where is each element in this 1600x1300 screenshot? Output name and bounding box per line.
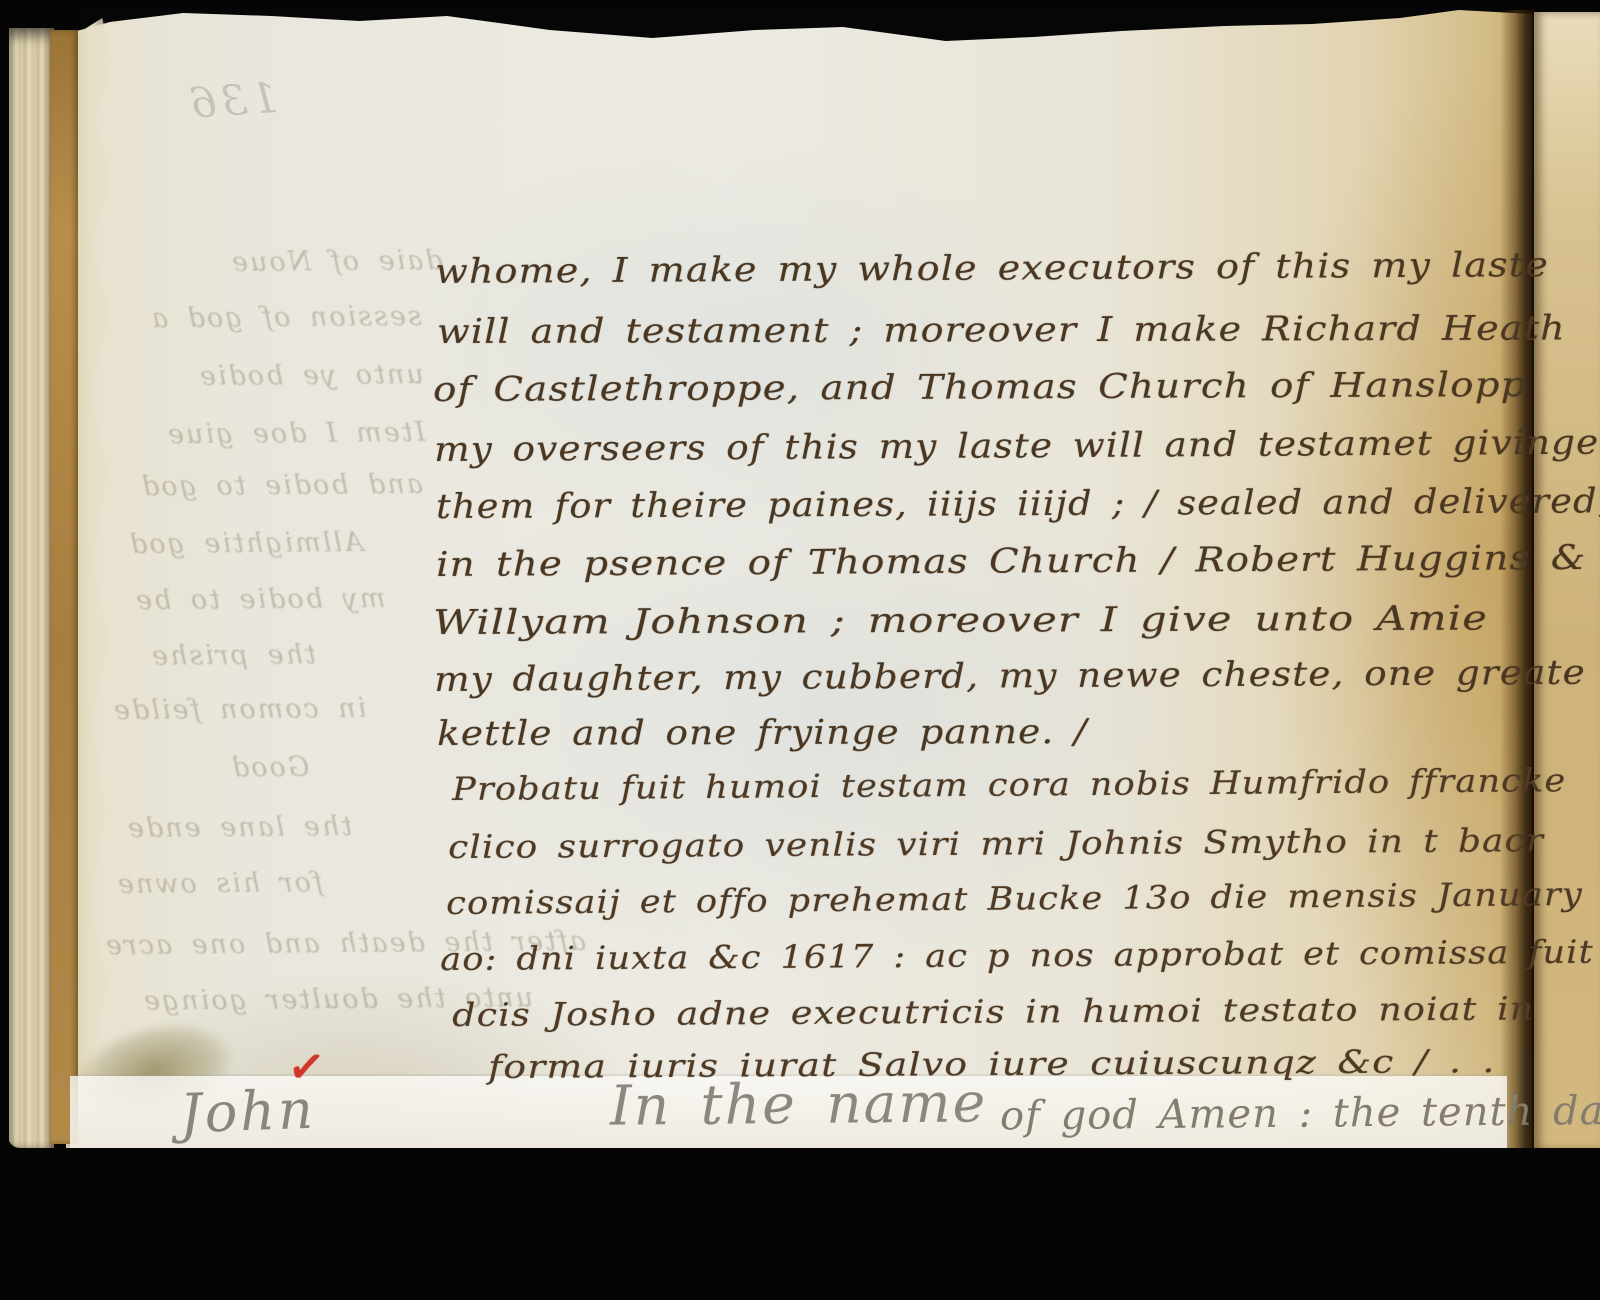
manuscript-line: ao: dni iuxta &c 1617 : ac p nos approba… [440,933,1594,978]
showthrough-line: Item I doe giue [166,417,426,450]
showthrough-line: and bodie to god [140,469,423,502]
manuscript-line: my overseers of this my laste will and t… [434,423,1599,470]
book-page-edges [8,26,54,1148]
showthrough-line: in comon feilde [112,693,367,726]
showthrough-line: the lane ende [126,811,352,844]
manuscript-line: will and testament ; moreover I make Ric… [437,308,1566,352]
manuscript-line: my daughter, my cubberd, my newe cheste,… [434,653,1586,700]
photo-border-bottom [0,1148,1600,1300]
showthrough-line: unto ye bodie [198,359,424,392]
manuscript-line: dcis Josho adne executricis in humoi tes… [452,989,1535,1034]
manuscript-line: in the psence of Thomas Church / Robert … [436,538,1587,585]
folio-number-showthrough: 136 [184,73,279,128]
manuscript-line: kettle and one fryinge panne. / [437,712,1088,754]
next-entry-opening-rest: of god Amen : the tenth daie of th [1000,1087,1600,1140]
showthrough-line: Allmightie god [128,527,364,560]
showthrough-line: the prishe [150,639,316,671]
next-entry-opening-large: In the name [610,1070,988,1137]
manuscript-line: clico surrogato venlis viri mri Johnis S… [448,821,1544,866]
manuscript-line: of Castlethroppe, and Thomas Church of H… [433,365,1527,410]
showthrough-line: for his owne [116,867,323,900]
manuscript-line: whome, I make my whole executors of this… [435,245,1549,292]
showthrough-line: Good [230,752,310,784]
showthrough-line: daie of Noue [230,245,443,278]
manuscript-line: them for theire paines, iiijs iiijd ; / … [436,481,1600,527]
binding-strip [50,30,78,1144]
showthrough-line: my bodie to be [134,583,386,616]
photo-border-top [0,0,1600,10]
manuscript-photo: { "document": { "type": "manuscript-will… [0,0,1600,1300]
showthrough-line: session of god a [150,301,422,334]
facing-page-edge [1534,12,1600,1150]
photo-border-left [0,0,9,1300]
next-entry-margin-name: John [179,1078,317,1146]
manuscript-line: Willyam Johnson ; moreover I give unto A… [433,598,1488,643]
